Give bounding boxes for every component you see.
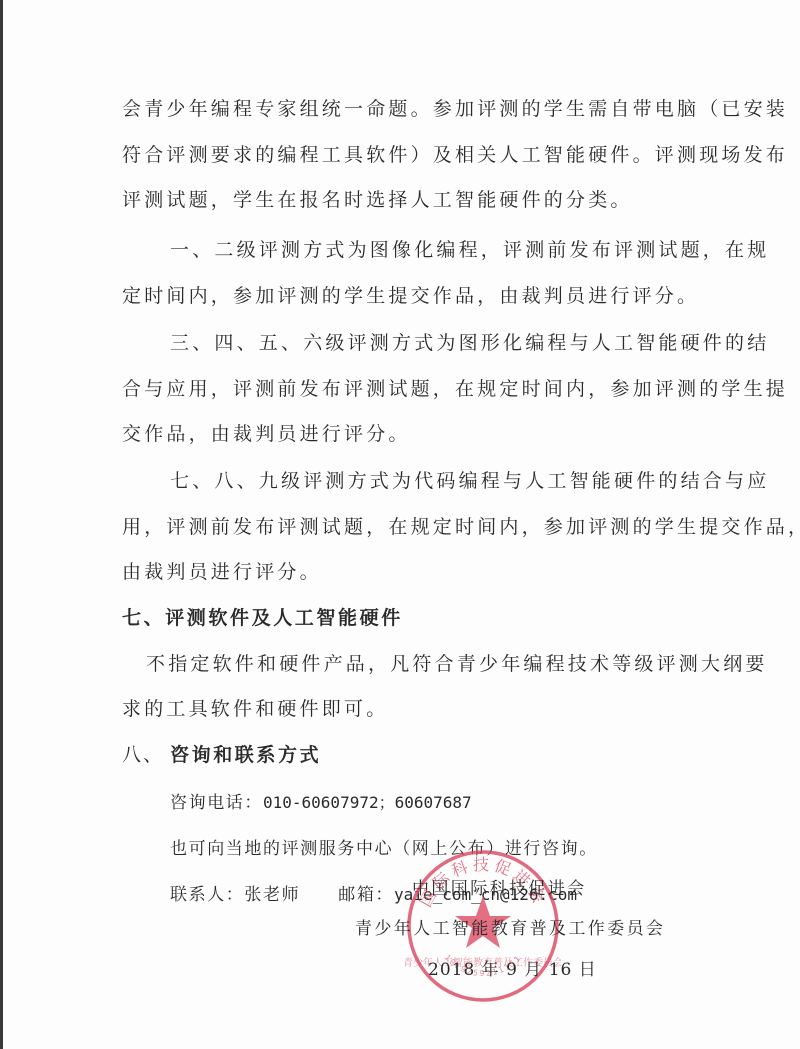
- section-8-heading: 咨询和联系方式: [170, 743, 321, 767]
- intro-line-1: 会青少年编程专家组统一命题。参加评测的学生需自带电脑（已安装: [122, 97, 682, 121]
- levels-7-9-line-1: 七、八、九级评测方式为代码编程与人工智能硬件的结合与应: [170, 469, 682, 493]
- intro-line-3: 评测试题，学生在报名时选择人工智能硬件的分类。: [122, 188, 682, 212]
- levels-1-2-line-1: 一、二级评测方式为图像化编程，评测前发布评测试题，在规: [170, 238, 682, 262]
- phone-row: 咨询电话：010-60607972；60607687: [170, 792, 472, 814]
- scan-edge: [0, 0, 3, 1049]
- levels-3-6-line-2: 合与应用，评测前发布评测试题，在规定时间内，参加评测的学生提: [122, 377, 682, 401]
- levels-3-6-line-1: 三、四、五、六级评测方式为图形化编程与人工智能硬件的结: [170, 331, 682, 355]
- levels-1-2-line-2: 定时间内，参加评测的学生提交作品，由裁判员进行评分。: [122, 284, 682, 308]
- phone-value: 010-60607972；60607687: [263, 793, 472, 812]
- document-page: 会青少年编程专家组统一命题。参加评测的学生需自带电脑（已安装 符合评测要求的编程…: [0, 0, 800, 1049]
- phone-label: 咨询电话：: [170, 793, 263, 813]
- signature-date: 2018 年 9 月 16 日: [428, 959, 597, 981]
- signature-org-1: 中国国际科技促进会: [412, 878, 587, 900]
- section-7-line-2: 求的工具软件和硬件即可。: [122, 697, 682, 721]
- signature-org-2: 青少年人工智能教育普及工作委员会: [355, 918, 665, 940]
- levels-7-9-line-3: 由裁判员进行评分。: [122, 560, 682, 584]
- contact-name: 张老师: [244, 885, 300, 905]
- contact-label: 联系人：: [170, 885, 244, 905]
- section-7-heading: 七、评测软件及人工智能硬件: [122, 606, 682, 630]
- intro-line-2: 符合评测要求的编程工具软件）及相关人工智能硬件。评测现场发布: [122, 143, 682, 167]
- levels-3-6-line-3: 交作品，由裁判员进行评分。: [122, 422, 682, 446]
- levels-7-9-line-2: 用，评测前发布评测试题，在规定时间内，参加评测的学生提交作品，: [122, 515, 682, 539]
- email-label: 邮箱：: [338, 885, 394, 905]
- section-8-number: 八、: [122, 743, 164, 767]
- section-7-line-1: 不指定软件和硬件产品，凡符合青少年编程技术等级评测大纲要: [146, 652, 682, 676]
